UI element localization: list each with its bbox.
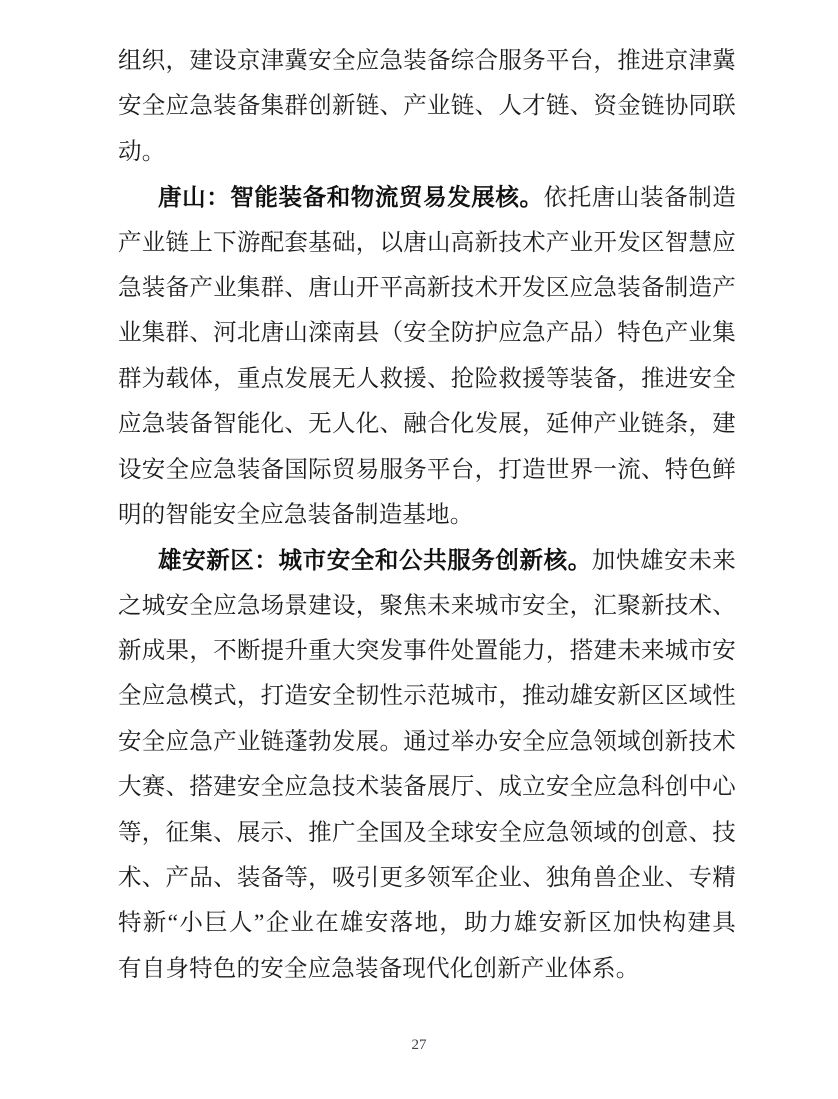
text-line: 唐山：智能装备和物流贸易发展核。依托唐山装备制造 (118, 175, 736, 220)
body-text: 设安全应急装备国际贸易服务平台，打造世界一流、特色鲜 (118, 457, 736, 483)
text-line: 等，征集、展示、推广全国及全球安全应急领域的创意、技 (118, 811, 736, 856)
text-line: 明的智能安全应急装备制造基地。 (118, 493, 736, 538)
body-text: 全应急模式，打造安全韧性示范城市，推动雄安新区区域性 (118, 683, 736, 709)
body-text: 安全应急产业链蓬勃发展。通过举办安全应急领域创新技术 (118, 729, 736, 755)
text-line: 安全应急装备集群创新链、产业链、人才链、资金链协同联 (118, 84, 736, 129)
text-line: 业集群、河北唐山滦南县（安全防护应急产品）特色产业集 (118, 311, 736, 356)
body-text: 加快雄安未来 (592, 548, 736, 574)
body-text: 安全应急装备集群创新链、产业链、人才链、资金链协同联 (118, 93, 736, 119)
text-line: 群为载体，重点发展无人救援、抢险救援等装备，推进安全 (118, 357, 736, 402)
text-body: 组织，建设京津冀安全应急装备综合服务平台，推进京津冀 安全应急装备集群创新链、产… (118, 39, 736, 992)
paragraph-heading-tangshan: 唐山：智能装备和物流贸易发展核。 (158, 184, 544, 210)
text-line: 设安全应急装备国际贸易服务平台，打造世界一流、特色鲜 (118, 448, 736, 493)
body-text: 术、产品、装备等，吸引更多领军企业、独角兽企业、专精 (118, 865, 736, 891)
body-text: 业集群、河北唐山滦南县（安全防护应急产品）特色产业集 (118, 320, 736, 346)
body-text: 急装备产业集群、唐山开平高新技术开发区应急装备制造产 (118, 275, 736, 301)
document-page: 组织，建设京津冀安全应急装备综合服务平台，推进京津冀 安全应急装备集群创新链、产… (0, 0, 838, 1099)
text-line: 安全应急产业链蓬勃发展。通过举办安全应急领域创新技术 (118, 720, 736, 765)
text-line: 组织，建设京津冀安全应急装备综合服务平台，推进京津冀 (118, 39, 736, 84)
text-line: 动。 (118, 130, 736, 175)
text-line: 大赛、搭建安全应急技术装备展厅、成立安全应急科创中心 (118, 765, 736, 810)
body-text: 组织，建设京津冀安全应急装备综合服务平台，推进京津冀 (118, 48, 736, 74)
paragraph-heading-xiongan: 雄安新区：城市安全和公共服务创新核。 (158, 547, 592, 573)
body-text: 产业链上下游配套基础，以唐山高新技术产业开发区智慧应 (118, 230, 736, 256)
body-text: 新成果，不断提升重大突发事件处置能力，搭建未来城市安 (118, 638, 736, 664)
text-line: 有自身特色的安全应急装备现代化创新产业体系。 (118, 947, 736, 992)
body-text: 大赛、搭建安全应急技术装备展厅、成立安全应急科创中心 (118, 774, 736, 800)
text-line: 急装备产业集群、唐山开平高新技术开发区应急装备制造产 (118, 266, 736, 311)
body-text: 依托唐山装备制造 (544, 185, 736, 211)
body-text: 群为载体，重点发展无人救援、抢险救援等装备，推进安全 (118, 366, 736, 392)
text-line: 全应急模式，打造安全韧性示范城市，推动雄安新区区域性 (118, 674, 736, 719)
body-text: 动。 (118, 139, 165, 165)
text-line: 特新“小巨人”企业在雄安落地，助力雄安新区加快构建具 (118, 901, 736, 946)
text-line: 应急装备智能化、无人化、融合化发展，延伸产业链条，建 (118, 402, 736, 447)
text-line: 术、产品、装备等，吸引更多领军企业、独角兽企业、专精 (118, 856, 736, 901)
text-line: 雄安新区：城市安全和公共服务创新核。加快雄安未来 (118, 538, 736, 583)
text-line: 产业链上下游配套基础，以唐山高新技术产业开发区智慧应 (118, 221, 736, 266)
text-line: 之城安全应急场景建设，聚焦未来城市安全，汇聚新技术、 (118, 584, 736, 629)
body-text: 应急装备智能化、无人化、融合化发展，延伸产业链条，建 (118, 411, 736, 437)
body-text: 特新“小巨人”企业在雄安落地，助力雄安新区加快构建具 (118, 910, 736, 936)
text-line: 新成果，不断提升重大突发事件处置能力，搭建未来城市安 (118, 629, 736, 674)
body-text: 之城安全应急场景建设，聚焦未来城市安全，汇聚新技术、 (118, 593, 736, 619)
body-text: 有自身特色的安全应急装备现代化创新产业体系。 (118, 956, 639, 982)
page-number: 27 (0, 1036, 838, 1054)
body-text: 等，征集、展示、推广全国及全球安全应急领域的创意、技 (118, 820, 736, 846)
body-text: 明的智能安全应急装备制造基地。 (118, 502, 474, 528)
